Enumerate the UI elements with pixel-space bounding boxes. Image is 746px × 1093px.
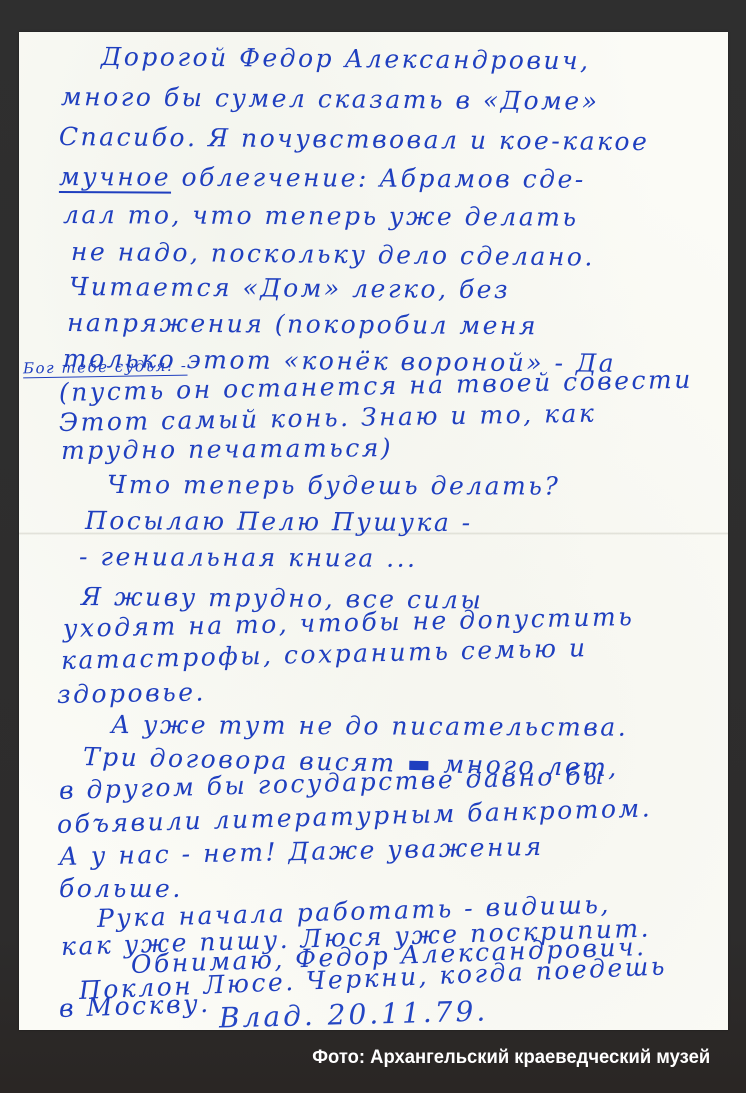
letter-line-text: Посылаю Пелю Пушука - bbox=[85, 506, 473, 537]
letter-line-text: Спасибо. Я почувствовал и кое-какое bbox=[59, 122, 650, 156]
letter-line-text: облегчение: Абрамов сде- bbox=[171, 163, 586, 194]
letter-line: больше. bbox=[59, 874, 183, 903]
handwritten-letter: Дорогой Федор Александрович,много бы сум… bbox=[19, 32, 728, 1030]
letter-line: Читается «Дом» легко, без bbox=[69, 272, 510, 304]
letter-line: напряжения (покоробил меня bbox=[67, 308, 538, 340]
letter-line-text: не надо, поскольку дело сделано. bbox=[71, 237, 595, 271]
letter-line: много бы сумел сказать в «Доме» bbox=[61, 82, 600, 116]
letter-line-text: Дорогой Федор Александрович, bbox=[101, 42, 591, 75]
letter-line: Посылаю Пелю Пушука - bbox=[85, 506, 473, 537]
letter-line-text: много бы сумел сказать в «Доме» bbox=[61, 82, 600, 116]
letter-line-text: в Москву. bbox=[58, 989, 210, 1023]
letter-line-text: лал то, что теперь уже делать bbox=[63, 200, 579, 232]
letter-line-text: Читается «Дом» легко, без bbox=[69, 272, 510, 304]
letter-paper: Дорогой Федор Александрович,много бы сум… bbox=[19, 32, 728, 1030]
letter-line-text: Что теперь будешь делать? bbox=[107, 470, 560, 501]
photo-frame: Дорогой Федор Александрович,много бы сум… bbox=[0, 0, 746, 1093]
letter-line-text: А уже тут не до писательства. bbox=[111, 710, 628, 742]
letter-line-text: трудно печататься) bbox=[61, 433, 393, 465]
letter-line: Спасибо. Я почувствовал и кое-какое bbox=[59, 122, 650, 156]
letter-line: мучное облегчение: Абрамов сде- bbox=[59, 162, 586, 194]
letter-line: трудно печататься) bbox=[61, 433, 393, 465]
letter-line: лал то, что теперь уже делать bbox=[63, 200, 579, 232]
letter-line-text: А у нас - нет! Даже уважения bbox=[59, 832, 544, 871]
letter-line-text: - гениальная книга ... bbox=[79, 542, 418, 573]
letter-line: Что теперь будешь делать? bbox=[107, 470, 560, 501]
letter-line: не надо, поскольку дело сделано. bbox=[71, 237, 595, 271]
margin-note: Бог тебе судья! - bbox=[23, 357, 188, 378]
letter-line: - гениальная книга ... bbox=[79, 542, 418, 573]
letter-line: Дорогой Федор Александрович, bbox=[101, 42, 591, 75]
letter-line: А у нас - нет! Даже уважения bbox=[59, 832, 544, 871]
letter-line: в Москву. bbox=[58, 989, 210, 1023]
letter-line: здоровье. bbox=[57, 677, 206, 709]
letter-line-text: больше. bbox=[59, 874, 183, 903]
photo-credit-caption: Фото: Архангельский краеведческий музей bbox=[312, 1043, 710, 1073]
underlined-word: мучное bbox=[59, 162, 171, 192]
letter-line: А уже тут не до писательства. bbox=[111, 710, 628, 742]
signature-and-date: Влад. 20.11.79. bbox=[219, 994, 489, 1030]
letter-line-text: здоровье. bbox=[57, 677, 206, 709]
letter-line-text: напряжения (покоробил меня bbox=[67, 308, 538, 340]
